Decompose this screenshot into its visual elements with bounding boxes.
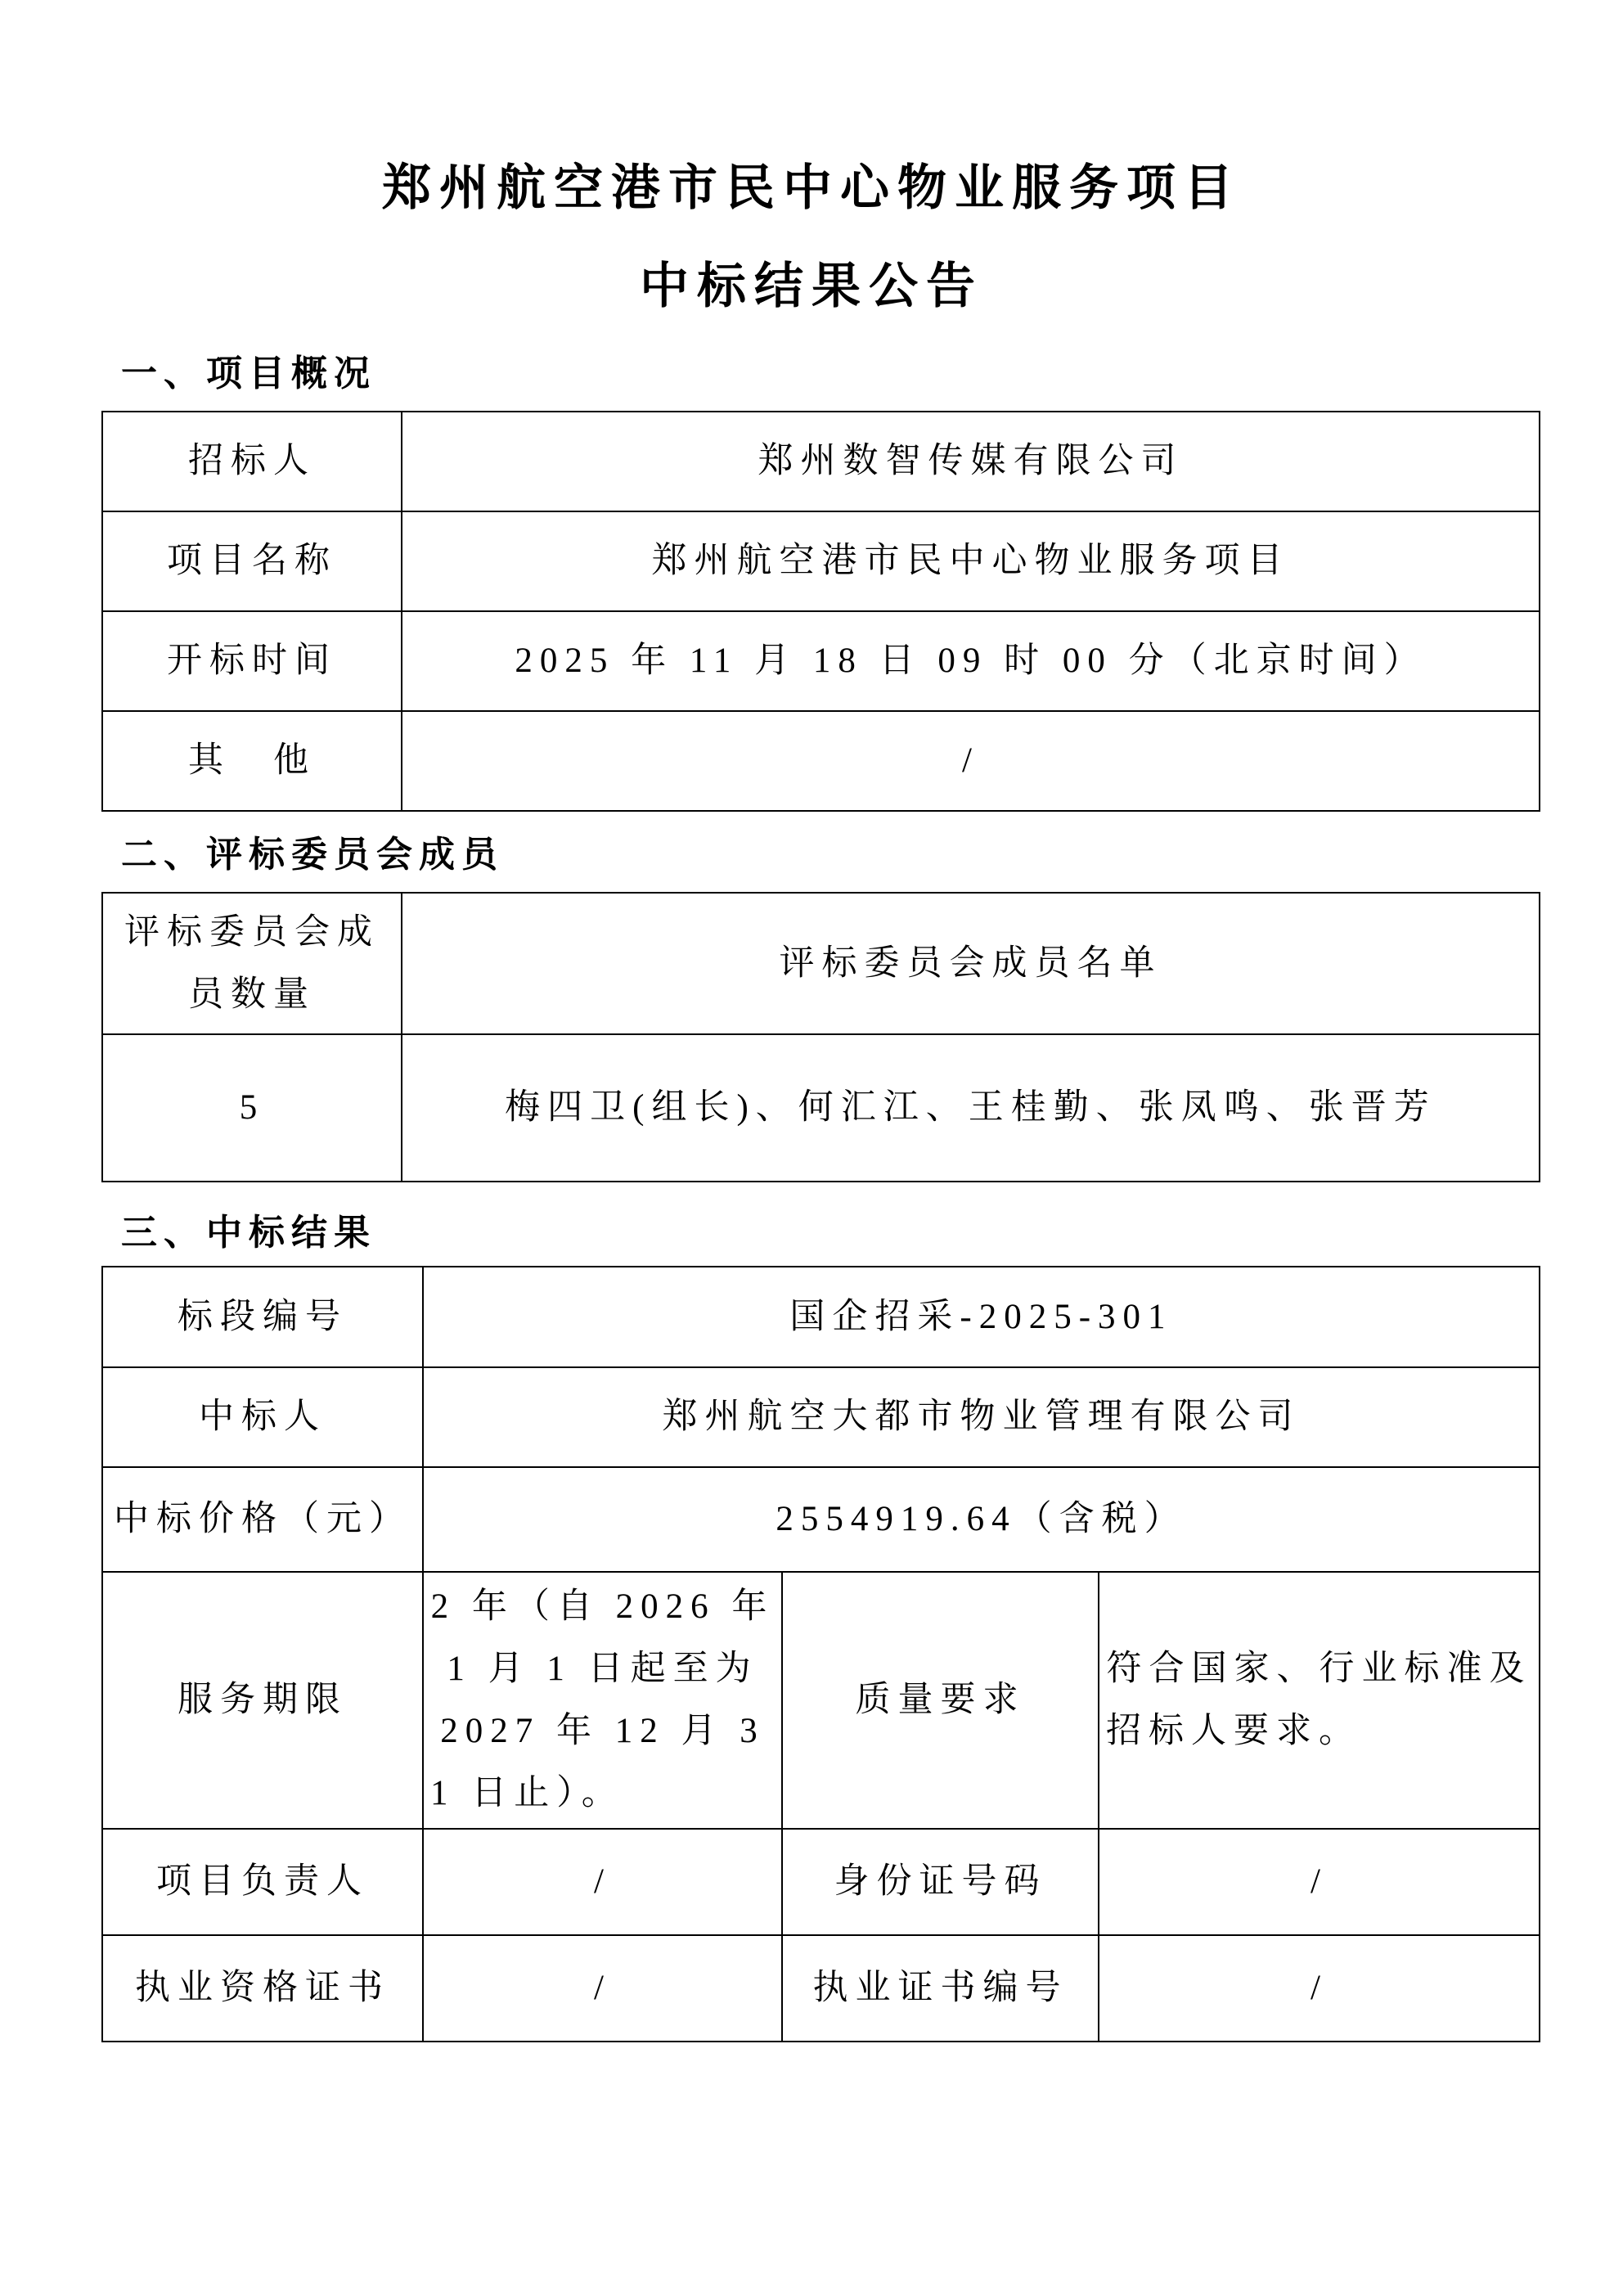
table-row: 5 梅四卫(组长)、何汇江、王桂勤、张凤鸣、张晋芳 [102,1034,1540,1182]
winning-price-value: 2554919.64（含税） [423,1467,1540,1572]
winning-bidder-label: 中标人 [102,1367,423,1467]
table-row: 中标价格（元） 2554919.64（含税） [102,1467,1540,1572]
tenderer-value: 郑州数智传媒有限公司 [402,412,1540,511]
practice-certificate-label: 执业资格证书 [102,1935,423,2042]
table-row: 项目名称 郑州航空港市民中心物业服务项目 [102,511,1540,611]
section-number-value: 国企招采-2025-301 [423,1267,1540,1367]
table-row: 评标委员会成员数量 评标委员会成员名单 [102,893,1540,1034]
certificate-number-value: / [1099,1935,1540,2042]
project-name-value: 郑州航空港市民中心物业服务项目 [402,511,1540,611]
table-row: 开标时间 2025 年 11 月 18 日 09 时 00 分（北京时间） [102,611,1540,711]
bid-result-table: 标段编号 国企招采-2025-301 中标人 郑州航空大都市物业管理有限公司 中… [101,1266,1540,2042]
section-heading-committee: 二、评标委员会成员 [121,825,504,877]
id-number-value: / [1099,1829,1540,1935]
table-row: 执业资格证书 / 执业证书编号 / [102,1935,1540,2042]
winning-price-label: 中标价格（元） [102,1467,423,1572]
table-row: 其 他 / [102,711,1540,811]
document-title-line2: 中标结果公告 [0,247,1623,317]
service-period-label: 服务期限 [102,1572,423,1829]
id-number-label: 身份证号码 [782,1829,1099,1935]
winning-bidder-value: 郑州航空大都市物业管理有限公司 [423,1367,1540,1467]
bid-opening-time-label: 开标时间 [102,611,402,711]
committee-names-header: 评标委员会成员名单 [402,893,1540,1034]
committee-table: 评标委员会成员数量 评标委员会成员名单 5 梅四卫(组长)、何汇江、王桂勤、张凤… [101,892,1540,1182]
table-row: 标段编号 国企招采-2025-301 [102,1267,1540,1367]
tenderer-label: 招标人 [102,412,402,511]
committee-names-value: 梅四卫(组长)、何汇江、王桂勤、张凤鸣、张晋芳 [402,1034,1540,1182]
bid-opening-time-value: 2025 年 11 月 18 日 09 时 00 分（北京时间） [402,611,1540,711]
section-heading-bid-result: 三、中标结果 [121,1203,376,1255]
section-number-label: 标段编号 [102,1267,423,1367]
table-row: 服务期限 2 年（自 2026 年 1 月 1 日起至为 2027 年 12 月… [102,1572,1540,1829]
table-row: 项目负责人 / 身份证号码 / [102,1829,1540,1935]
other-value: / [402,711,1540,811]
document-page: 郑州航空港市民中心物业服务项目 中标结果公告 一、项目概况 招标人 郑州数智传媒… [0,0,1623,2296]
other-label: 其 他 [102,711,402,811]
project-overview-table: 招标人 郑州数智传媒有限公司 项目名称 郑州航空港市民中心物业服务项目 开标时间… [101,411,1540,812]
project-manager-label: 项目负责人 [102,1829,423,1935]
project-name-label: 项目名称 [102,511,402,611]
table-row: 招标人 郑州数智传媒有限公司 [102,412,1540,511]
project-manager-value: / [423,1829,782,1935]
committee-count-value: 5 [102,1034,402,1182]
quality-requirement-value: 符合国家、行业标准及招标人要求。 [1099,1572,1540,1829]
section-heading-project-overview: 一、项目概况 [121,344,376,396]
quality-requirement-label: 质量要求 [782,1572,1099,1829]
service-period-value: 2 年（自 2026 年 1 月 1 日起至为 2027 年 12 月 31 日… [423,1572,782,1829]
table-row: 中标人 郑州航空大都市物业管理有限公司 [102,1367,1540,1467]
document-title-line1: 郑州航空港市民中心物业服务项目 [0,149,1623,219]
committee-count-header: 评标委员会成员数量 [102,893,402,1034]
practice-certificate-value: / [423,1935,782,2042]
certificate-number-label: 执业证书编号 [782,1935,1099,2042]
